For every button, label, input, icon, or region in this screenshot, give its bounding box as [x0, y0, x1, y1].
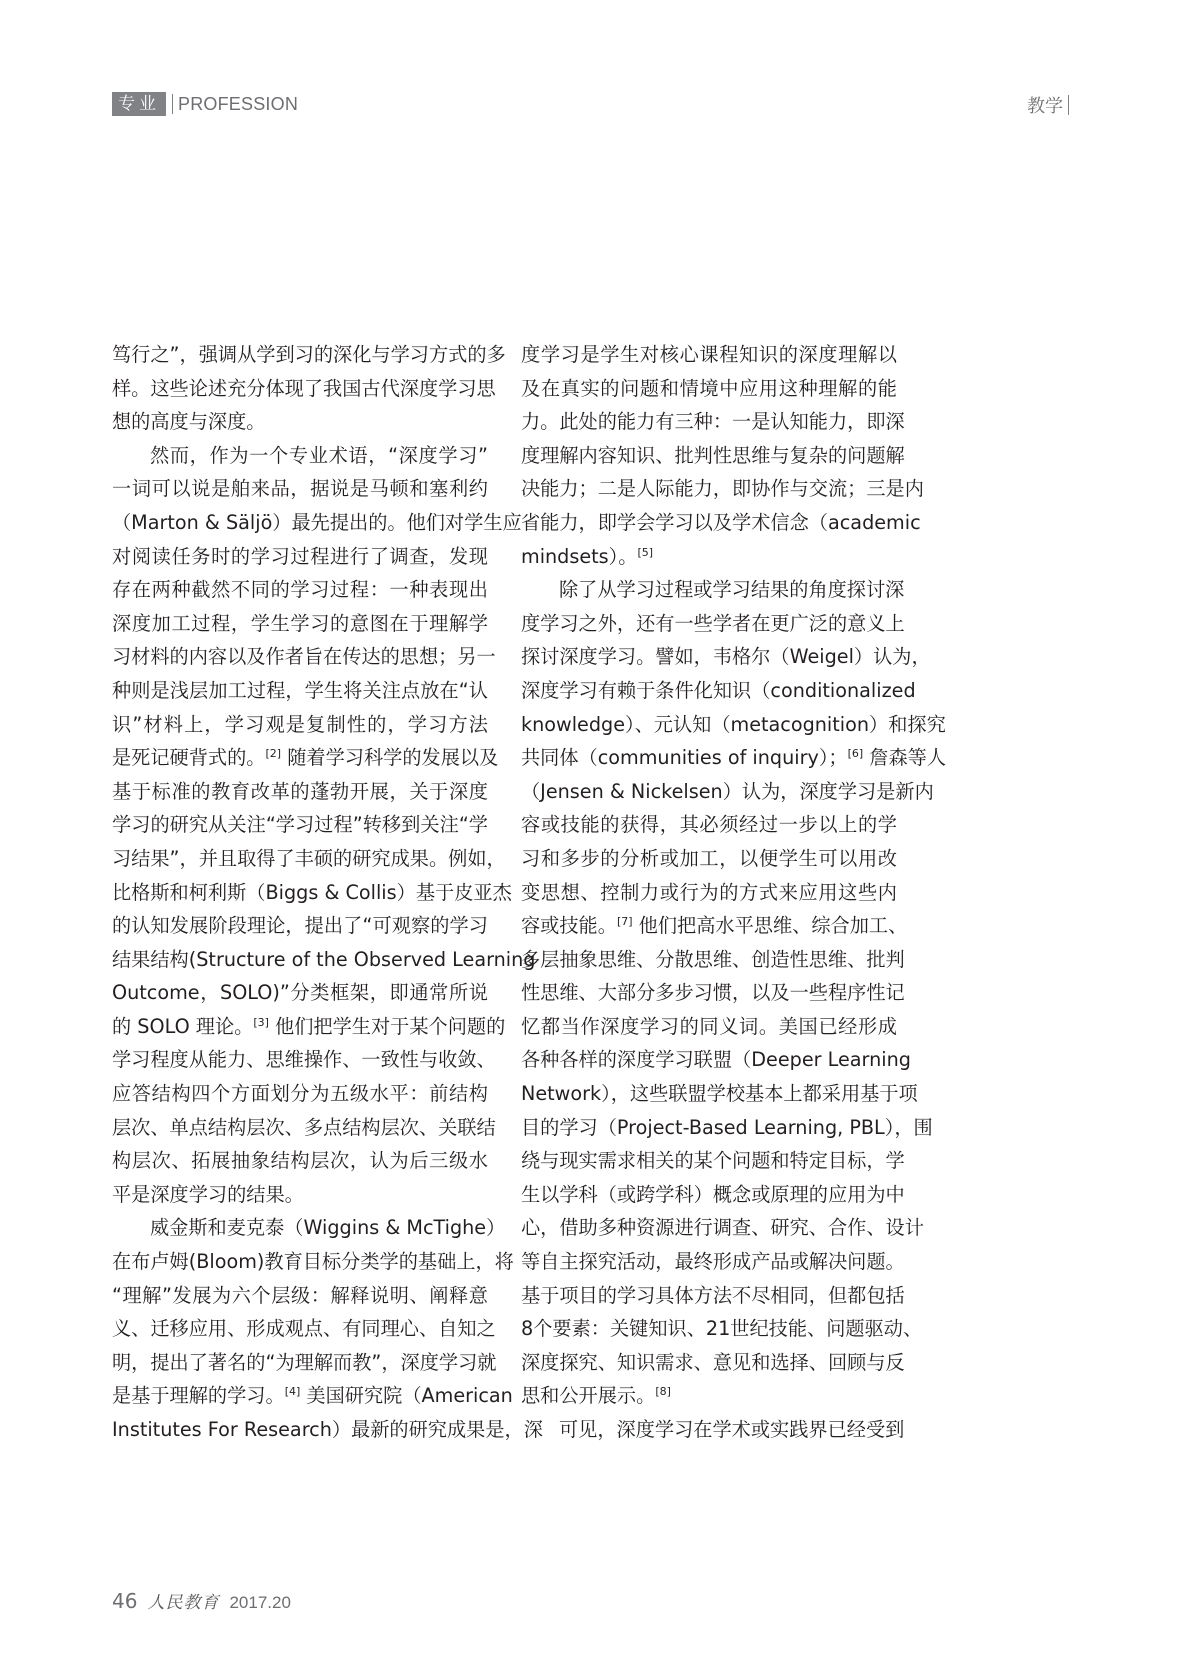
text-run: 基于标准的教育改革的蓬勃开展，关于深度 — [112, 780, 488, 803]
text-run: 他们把高水平思维、综合加工、 — [633, 914, 908, 937]
text-line: 绕与现实需求相关的某个问题和特定目标，学 — [521, 1144, 897, 1178]
text-line: 平是深度学习的结果。 — [112, 1178, 488, 1212]
body-column-right: 度学习是学生对核心课程知识的深度理解以及在真实的问题和情境中应用这种理解的能力。… — [521, 338, 897, 1447]
header-divider — [1068, 95, 1069, 115]
page-footer: 46 人民教育 2017.20 — [112, 1588, 291, 1613]
running-header-left: 专业 PROFESSION — [112, 92, 298, 116]
text-line: 忆都当作深度学习的同义词。美国已经形成 — [521, 1010, 897, 1044]
text-run: 的认知发展阶段理论，提出了“可观察的学习 — [112, 914, 488, 937]
text-run: 笃行之”，强调从学到习的深化与学习方式的多 — [112, 343, 506, 366]
text-line: 学习程度从能力、思维操作、一致性与收敛、 — [112, 1043, 488, 1077]
text-line: 探讨深度学习。譬如，韦格尔（Weigel）认为， — [521, 640, 897, 674]
text-line: 决能力；二是人际能力，即协作与交流；三是内 — [521, 472, 897, 506]
text-run: 度理解内容知识、批判性思维与复杂的问题解 — [521, 444, 905, 467]
text-run: 性思维、大部分多步习惯，以及一些程序性记 — [521, 981, 905, 1004]
citation-marker: [7] — [617, 915, 633, 928]
text-line: 等自主探究活动，最终形成产品或解决问题。 — [521, 1245, 897, 1279]
text-run: 詹森等人 — [863, 746, 946, 769]
text-run: 样。这些论述充分体现了我国古代深度学习思 — [112, 377, 496, 400]
text-line: 然而，作为一个专业术语，“深度学习” — [112, 439, 488, 473]
text-line: 学习的研究从关注“学习过程”转移到关注“学 — [112, 808, 488, 842]
text-line: Network），这些联盟学校基本上都采用基于项 — [521, 1077, 897, 1111]
text-run: （Marton & Säljö）最先提出的。他们对学生应 — [112, 511, 522, 534]
text-run: 想的高度与深度。 — [112, 410, 266, 433]
text-run: 平是深度学习的结果。 — [112, 1183, 304, 1206]
text-run: 美国研究院（American — [300, 1384, 513, 1407]
text-run: 多层抽象思维、分散思维、创造性思维、批判 — [521, 948, 905, 971]
text-line: 可见，深度学习在学术或实践界已经受到 — [521, 1413, 897, 1447]
text-line: 层次、单点结构层次、多点结构层次、关联结 — [112, 1111, 488, 1145]
text-line: 习和多步的分析或加工，以便学生可以用改 — [521, 842, 897, 876]
text-run: Institutes For Research）最新的研究成果是，深 — [112, 1418, 543, 1441]
text-line: 的认知发展阶段理论，提出了“可观察的学习 — [112, 909, 488, 943]
text-run: 8个要素：关键知识、21世纪技能、问题驱动、 — [521, 1317, 922, 1340]
header-divider — [172, 94, 173, 114]
citation-marker: [4] — [285, 1385, 301, 1398]
text-run: 比格斯和柯利斯（Biggs & Collis）基于皮亚杰 — [112, 881, 512, 904]
citation-marker: [2] — [266, 747, 282, 760]
text-run: 基于项目的学习具体方法不尽相同，但都包括 — [521, 1284, 905, 1307]
text-run: （Jensen & Nickelsen）认为，深度学习是新内 — [521, 780, 934, 803]
text-run: 随着学习科学的发展以及 — [281, 746, 498, 769]
text-line: 存在两种截然不同的学习过程：一种表现出 — [112, 573, 488, 607]
text-run: 力。此处的能力有三种：一是认知能力，即深 — [521, 410, 905, 433]
text-run: 习结果”，并且取得了丰硕的研究成果。例如， — [112, 847, 506, 870]
text-run: 探讨深度学习。譬如，韦格尔（Weigel）认为， — [521, 645, 931, 668]
text-line: 容或技能的获得，其必须经过一步以上的学 — [521, 808, 897, 842]
text-line: knowledge）、元认知（metacognition）和探究 — [521, 708, 897, 742]
text-run: 生以学科（或跨学科）概念或原理的应用为中 — [521, 1183, 905, 1206]
text-run: 威金斯和麦克泰（Wiggins & McTighe） — [150, 1216, 505, 1239]
text-line: 性思维、大部分多步习惯，以及一些程序性记 — [521, 976, 897, 1010]
text-line: 深度学习有赖于条件化知识（conditionalized — [521, 674, 897, 708]
text-line: 基于项目的学习具体方法不尽相同，但都包括 — [521, 1279, 897, 1313]
text-line: 在布卢姆(Bloom)教育目标分类学的基础上，将 — [112, 1245, 488, 1279]
text-line: 样。这些论述充分体现了我国古代深度学习思 — [112, 372, 488, 406]
text-run: 构层次、拓展抽象结构层次，认为后三级水 — [112, 1149, 488, 1172]
citation-marker: [8] — [655, 1385, 671, 1398]
citation-marker: [6] — [848, 747, 864, 760]
issue-number: 2017.20 — [229, 1593, 290, 1613]
text-line: 是基于理解的学习。[4] 美国研究院（American — [112, 1379, 488, 1413]
section-badge: 专业 — [112, 92, 166, 116]
text-line: 变思想、控制力或行为的方式来应用这些内 — [521, 876, 897, 910]
text-line: 习结果”，并且取得了丰硕的研究成果。例如， — [112, 842, 488, 876]
section-title-en: PROFESSION — [178, 94, 298, 115]
text-run: 应答结构四个方面划分为五级水平：前结构 — [112, 1082, 488, 1105]
body-column-left: 笃行之”，强调从学到习的深化与学习方式的多样。这些论述充分体现了我国古代深度学习… — [112, 338, 488, 1447]
text-line: 力。此处的能力有三种：一是认知能力，即深 — [521, 405, 897, 439]
text-run: knowledge）、元认知（metacognition）和探究 — [521, 713, 946, 736]
text-run: 他们把学生对于某个问题的 — [269, 1015, 505, 1038]
text-line: 深度探究、知识需求、意见和选择、回顾与反 — [521, 1346, 897, 1380]
text-run: 然而，作为一个专业术语，“深度学习” — [150, 444, 488, 467]
text-run: 共同体（communities of inquiry）； — [521, 746, 848, 769]
category-label: 教学 — [1027, 92, 1063, 118]
text-run: 深度探究、知识需求、意见和选择、回顾与反 — [521, 1351, 905, 1374]
text-line: 生以学科（或跨学科）概念或原理的应用为中 — [521, 1178, 897, 1212]
text-run: 心，借助多种资源进行调查、研究、合作、设计 — [521, 1216, 924, 1239]
citation-marker: [3] — [253, 1016, 269, 1029]
text-line: 想的高度与深度。 — [112, 405, 488, 439]
text-run: 是死记硬背式的。 — [112, 746, 266, 769]
text-run: 种则是浅层加工过程，学生将关注点放在“认 — [112, 679, 488, 702]
text-line: “理解”发展为六个层级：解释说明、阐释意 — [112, 1279, 488, 1313]
text-line: 义、迁移应用、形成观点、有同理心、自知之 — [112, 1312, 488, 1346]
text-run: 及在真实的问题和情境中应用这种理解的能 — [521, 377, 897, 400]
text-line: 习材料的内容以及作者旨在传达的思想；另一 — [112, 640, 488, 674]
text-run: 各种各样的深度学习联盟（Deeper Learning — [521, 1048, 911, 1071]
magazine-name: 人民教育 — [147, 1588, 219, 1613]
text-line: Outcome，SOLO)”分类框架，即通常所说 — [112, 976, 488, 1010]
text-run: 学习程度从能力、思维操作、一致性与收敛、 — [112, 1048, 496, 1071]
text-run: 除了从学习过程或学习结果的角度探讨深 — [559, 578, 904, 601]
text-run: 目的学习（Project-Based Learning, PBL），围 — [521, 1116, 933, 1139]
text-run: 是基于理解的学习。 — [112, 1384, 285, 1407]
text-line: 基于标准的教育改革的蓬勃开展，关于深度 — [112, 775, 488, 809]
text-run: 习和多步的分析或加工，以便学生可以用改 — [521, 847, 897, 870]
text-run: 层次、单点结构层次、多点结构层次、关联结 — [112, 1116, 496, 1139]
text-line: mindsets）。[5] — [521, 540, 897, 574]
text-run: 度学习是学生对核心课程知识的深度理解以 — [521, 343, 897, 366]
text-run: 度学习之外，还有一些学者在更广泛的意义上 — [521, 612, 905, 635]
text-run: Network），这些联盟学校基本上都采用基于项 — [521, 1082, 918, 1105]
text-line: 省能力，即学会学习以及学术信念（academic — [521, 506, 897, 540]
text-line: 对阅读任务时的学习过程进行了调查，发现 — [112, 540, 488, 574]
text-line: 笃行之”，强调从学到习的深化与学习方式的多 — [112, 338, 488, 372]
text-line: 种则是浅层加工过程，学生将关注点放在“认 — [112, 674, 488, 708]
text-run: 识”材料上，学习观是复制性的，学习方法 — [112, 713, 488, 736]
text-line: 目的学习（Project-Based Learning, PBL），围 — [521, 1111, 897, 1145]
text-run: 义、迁移应用、形成观点、有同理心、自知之 — [112, 1317, 496, 1340]
text-run: 的 SOLO 理论。 — [112, 1015, 253, 1038]
text-run: 容或技能的获得，其必须经过一步以上的学 — [521, 813, 897, 836]
text-line: （Marton & Säljö）最先提出的。他们对学生应 — [112, 506, 488, 540]
text-run: “理解”发展为六个层级：解释说明、阐释意 — [112, 1284, 488, 1307]
text-line: （Jensen & Nickelsen）认为，深度学习是新内 — [521, 775, 897, 809]
text-run: 对阅读任务时的学习过程进行了调查，发现 — [112, 545, 488, 568]
text-line: 结果结构(Structure of the Observed Learning — [112, 943, 488, 977]
text-line: 容或技能。[7] 他们把高水平思维、综合加工、 — [521, 909, 897, 943]
text-run: 决能力；二是人际能力，即协作与交流；三是内 — [521, 477, 924, 500]
text-line: 是死记硬背式的。[2] 随着学习科学的发展以及 — [112, 741, 488, 775]
text-line: 多层抽象思维、分散思维、创造性思维、批判 — [521, 943, 897, 977]
text-run: 习材料的内容以及作者旨在传达的思想；另一 — [112, 645, 496, 668]
text-run: mindsets）。 — [521, 545, 637, 568]
text-run: 深度学习有赖于条件化知识（conditionalized — [521, 679, 916, 702]
text-line: Institutes For Research）最新的研究成果是，深 — [112, 1413, 488, 1447]
text-line: 深度加工过程，学生学习的意图在于理解学 — [112, 607, 488, 641]
text-run: 深度加工过程，学生学习的意图在于理解学 — [112, 612, 488, 635]
text-line: 思和公开展示。[8] — [521, 1379, 897, 1413]
text-run: 存在两种截然不同的学习过程：一种表现出 — [112, 578, 488, 601]
text-line: 度理解内容知识、批判性思维与复杂的问题解 — [521, 439, 897, 473]
text-line: 比格斯和柯利斯（Biggs & Collis）基于皮亚杰 — [112, 876, 488, 910]
text-line: 构层次、拓展抽象结构层次，认为后三级水 — [112, 1144, 488, 1178]
text-line: 威金斯和麦克泰（Wiggins & McTighe） — [112, 1211, 488, 1245]
text-run: 学习的研究从关注“学习过程”转移到关注“学 — [112, 813, 488, 836]
text-run: 思和公开展示。 — [521, 1384, 655, 1407]
text-run: 结果结构(Structure of the Observed Learning — [112, 948, 535, 971]
text-line: 识”材料上，学习观是复制性的，学习方法 — [112, 708, 488, 742]
text-line: 共同体（communities of inquiry）；[6] 詹森等人 — [521, 741, 897, 775]
text-run: Outcome，SOLO)”分类框架，即通常所说 — [112, 981, 488, 1004]
text-run: 容或技能。 — [521, 914, 617, 937]
text-run: 绕与现实需求相关的某个问题和特定目标，学 — [521, 1149, 905, 1172]
text-line: 心，借助多种资源进行调查、研究、合作、设计 — [521, 1211, 897, 1245]
text-line: 明，提出了著名的“为理解而教”，深度学习就 — [112, 1346, 488, 1380]
text-line: 8个要素：关键知识、21世纪技能、问题驱动、 — [521, 1312, 897, 1346]
text-run: 等自主探究活动，最终形成产品或解决问题。 — [521, 1250, 905, 1273]
text-line: 一词可以说是舶来品，据说是马顿和塞利约 — [112, 472, 488, 506]
text-line: 应答结构四个方面划分为五级水平：前结构 — [112, 1077, 488, 1111]
text-line: 的 SOLO 理论。[3] 他们把学生对于某个问题的 — [112, 1010, 488, 1044]
text-line: 各种各样的深度学习联盟（Deeper Learning — [521, 1043, 897, 1077]
text-line: 度学习是学生对核心课程知识的深度理解以 — [521, 338, 897, 372]
page-number: 46 — [112, 1589, 137, 1613]
text-run: 一词可以说是舶来品，据说是马顿和塞利约 — [112, 477, 488, 500]
citation-marker: [5] — [637, 546, 653, 559]
text-run: 可见，深度学习在学术或实践界已经受到 — [559, 1418, 904, 1441]
text-run: 忆都当作深度学习的同义词。美国已经形成 — [521, 1015, 897, 1038]
text-run: 在布卢姆(Bloom)教育目标分类学的基础上，将 — [112, 1250, 514, 1273]
text-line: 及在真实的问题和情境中应用这种理解的能 — [521, 372, 897, 406]
text-run: 变思想、控制力或行为的方式来应用这些内 — [521, 881, 897, 904]
text-run: 明，提出了著名的“为理解而教”，深度学习就 — [112, 1351, 496, 1374]
text-run: 省能力，即学会学习以及学术信念（academic — [521, 511, 921, 534]
running-header-right: 教学 — [1027, 92, 1069, 118]
text-line: 度学习之外，还有一些学者在更广泛的意义上 — [521, 607, 897, 641]
text-line: 除了从学习过程或学习结果的角度探讨深 — [521, 573, 897, 607]
